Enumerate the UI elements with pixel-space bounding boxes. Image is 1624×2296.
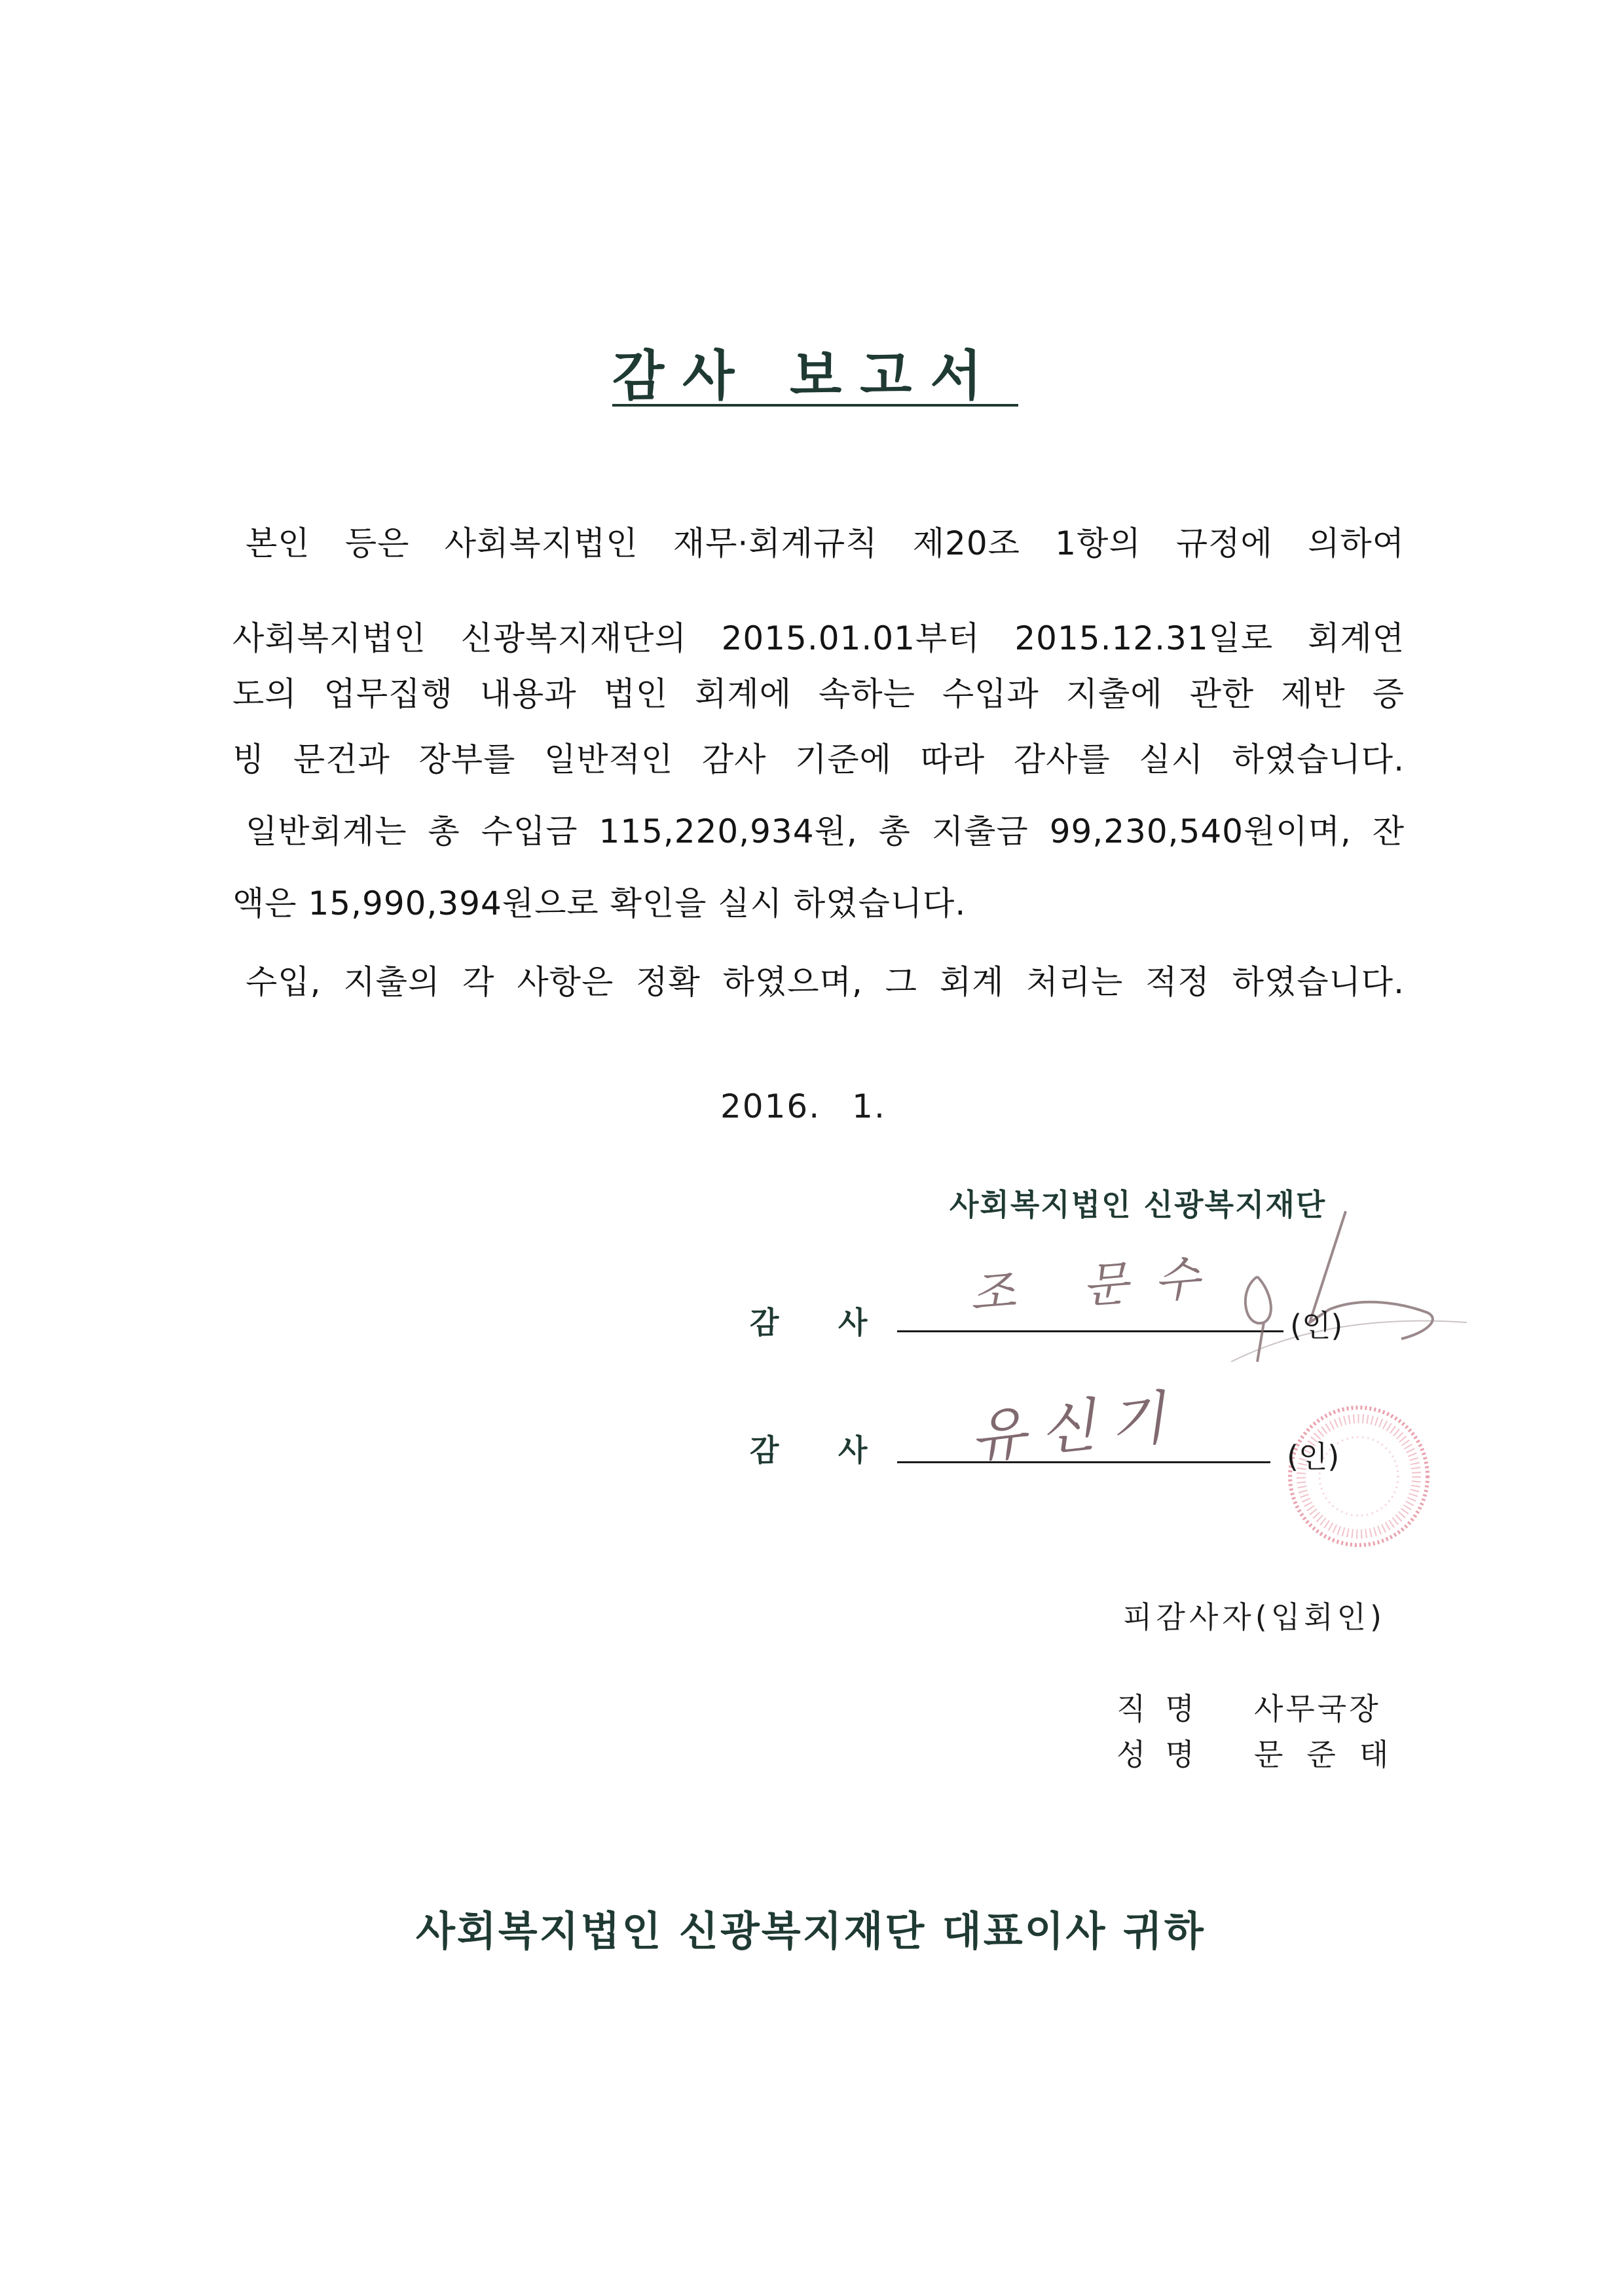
body-line-2: 사회복지법인 신광복지재단의 2015.01.01부터 2015.12.31일로… [232,619,1405,658]
body-line-4: 빙 문건과 장부를 일반적인 감사 기준에 따라 감사를 실시 하였습니다. [232,740,1405,779]
auditor-1-label: 감사 [750,1303,867,1342]
auditee-title: 피감사자(입회인) [1123,1597,1386,1637]
auditor-2-label: 감사 [750,1430,867,1470]
date-year: 2016. [720,1087,821,1125]
auditor-1-signature: 조 문수 [967,1238,1228,1324]
name-value: 문준태 [1254,1735,1412,1774]
auditee-name-row: 성명문준태 [1116,1735,1412,1774]
auditee-position-row: 직명사무국장 [1116,1689,1381,1728]
date-month: 1. [852,1087,886,1125]
body-line-3: 도의 업무집행 내용과 법인 회계에 속하는 수입과 지출에 관한 제반 증 [232,674,1405,714]
report-date: 2016.1. [720,1087,886,1126]
official-seal-icon [1283,1401,1434,1552]
name-label: 성명 [1116,1735,1254,1774]
auditor-1-label-a: 감 [750,1303,838,1342]
auditor-1-signature-line [897,1330,1283,1332]
auditor-2-label-b: 사 [838,1432,867,1468]
body-line-5: 일반회계는 총 수입금 115,220,934원, 총 지출금 99,230,5… [246,812,1405,851]
position-value: 사무국장 [1254,1689,1381,1728]
body-line-1: 본인 등은 사회복지법인 재무·회계규칙 제20조 1항의 규정에 의하여 [246,524,1405,563]
body-line-7: 수입, 지출의 각 사항은 정확 하였으며, 그 회계 처리는 적정 하였습니다… [246,962,1405,1002]
body-line-6: 액은 15,990,394원으로 확인을 실시 하였습니다. [232,884,966,923]
auditor-1-label-b: 사 [838,1305,867,1340]
auditor-2-label-a: 감 [750,1430,838,1470]
signature-flourish-icon [1231,1198,1532,1368]
auditor-1-seal-mark: (인) [1290,1306,1342,1345]
position-label: 직명 [1116,1689,1254,1728]
title-underline [612,404,1018,407]
addressee: 사회복지법인 신광복지재단 대표이사 귀하 [416,1905,1206,1958]
audit-report-page: 감사 보고서 본인 등은 사회복지법인 재무·회계규칙 제20조 1항의 규정에… [0,0,1624,2296]
auditor-2-seal-mark: (인) [1287,1437,1339,1476]
document-title: 감사 보고서 [612,344,1025,409]
auditor-2-signature: 유신기 [965,1371,1183,1475]
